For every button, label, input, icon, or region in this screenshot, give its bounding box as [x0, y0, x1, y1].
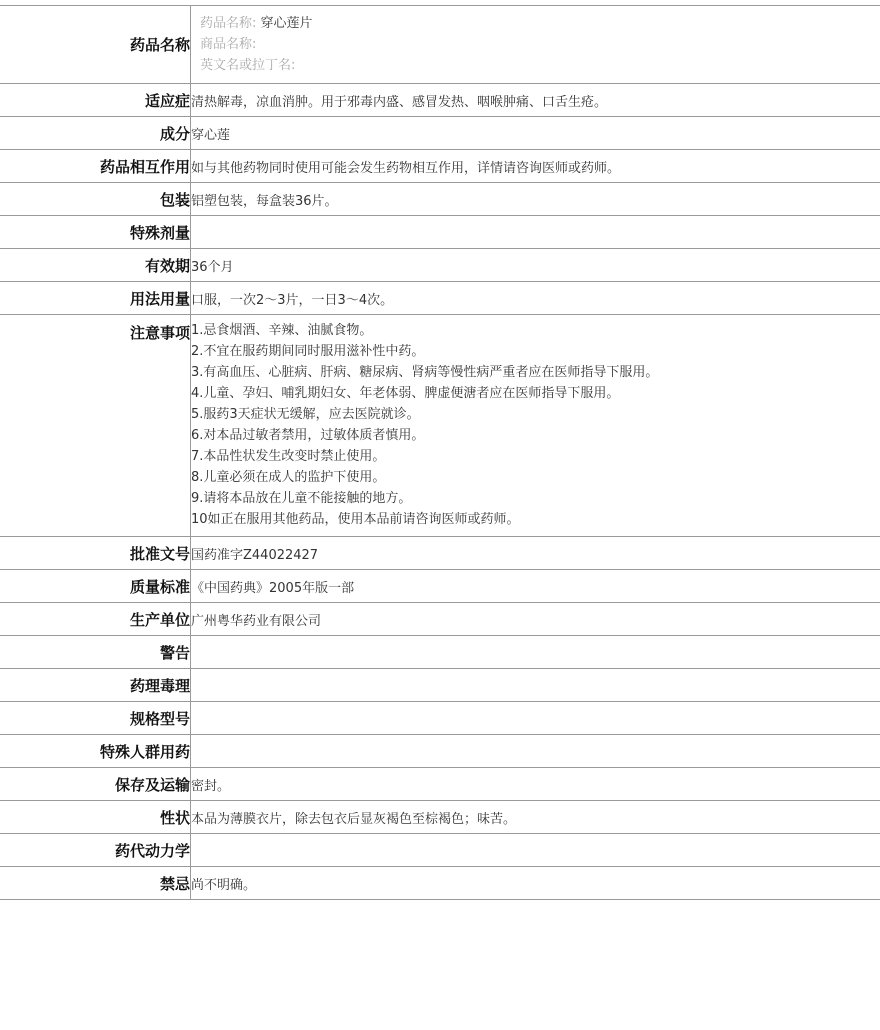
row-label: 特殊剂量	[0, 216, 191, 249]
precautions-list: 1.忌食烟酒、辛辣、油腻食物。 2.不宜在服药期间同时服用滋补性中药。 3.有高…	[191, 315, 880, 537]
row-label: 批准文号	[0, 537, 191, 570]
row-value: 国药准字Z44022427	[191, 537, 880, 570]
row-precautions: 注意事项 1.忌食烟酒、辛辣、油腻食物。 2.不宜在服药期间同时服用滋补性中药。…	[0, 315, 880, 537]
row-value	[191, 636, 880, 669]
row-dosage: 用法用量口服，一次2～3片，一日3～4次。	[0, 282, 880, 315]
precaution-item: 7.本品性状发生改变时禁止使用。	[191, 446, 880, 467]
row-contraindications: 禁忌尚不明确。	[0, 867, 880, 900]
row-value: 广州粤华药业有限公司	[191, 603, 880, 636]
row-value: 如与其他药物同时使用可能会发生药物相互作用，详情请咨询医师或药师。	[191, 150, 880, 183]
row-label: 药理毒理	[0, 669, 191, 702]
row-drug-name: 药品名称 药品名称: 穿心莲片 商品名称: 英文名或拉丁名:	[0, 6, 880, 84]
precaution-item: 5.服药3天症状无缓解，应去医院就诊。	[191, 404, 880, 425]
row-value: 穿心莲	[191, 117, 880, 150]
name-values: 药品名称: 穿心莲片 商品名称: 英文名或拉丁名:	[191, 6, 880, 84]
row-value: 清热解毒，凉血消肿。用于邪毒内盛、感冒发热、咽喉肿痛、口舌生疮。	[191, 84, 880, 117]
row-label: 用法用量	[0, 282, 191, 315]
row-manufacturer: 生产单位广州粤华药业有限公司	[0, 603, 880, 636]
row-warning: 警告	[0, 636, 880, 669]
row-value: 尚不明确。	[191, 867, 880, 900]
precaution-item: 2.不宜在服药期间同时服用滋补性中药。	[191, 341, 880, 362]
row-label: 规格型号	[0, 702, 191, 735]
row-value: 密封。	[191, 768, 880, 801]
drug-name-key: 药品名称:	[200, 16, 256, 31]
row-label: 包装	[0, 183, 191, 216]
row-label: 性状	[0, 801, 191, 834]
english-name-line: 英文名或拉丁名:	[200, 55, 880, 76]
trade-name-line: 商品名称:	[200, 34, 880, 55]
row-pharmacokinetics: 药代动力学	[0, 834, 880, 867]
row-label: 有效期	[0, 249, 191, 282]
english-name-key: 英文名或拉丁名:	[200, 58, 295, 73]
row-label: 生产单位	[0, 603, 191, 636]
row-packaging: 包装铝塑包装，每盒装36片。	[0, 183, 880, 216]
row-label: 药代动力学	[0, 834, 191, 867]
row-label: 特殊人群用药	[0, 735, 191, 768]
row-value	[191, 702, 880, 735]
row-label: 注意事项	[0, 315, 191, 537]
precaution-item: 8.儿童必须在成人的监护下使用。	[191, 467, 880, 488]
row-description: 性状本品为薄膜衣片，除去包衣后显灰褐色至棕褐色；味苦。	[0, 801, 880, 834]
precaution-item: 1.忌食烟酒、辛辣、油腻食物。	[191, 320, 880, 341]
row-value: 口服，一次2～3片，一日3～4次。	[191, 282, 880, 315]
drug-name-line: 药品名称: 穿心莲片	[200, 13, 880, 34]
row-specification: 规格型号	[0, 702, 880, 735]
row-value	[191, 669, 880, 702]
row-approval-number: 批准文号国药准字Z44022427	[0, 537, 880, 570]
row-special-dosage: 特殊剂量	[0, 216, 880, 249]
row-storage-transport: 保存及运输密封。	[0, 768, 880, 801]
row-special-populations: 特殊人群用药	[0, 735, 880, 768]
row-value: 铝塑包装，每盒装36片。	[191, 183, 880, 216]
row-ingredients: 成分穿心莲	[0, 117, 880, 150]
row-label: 保存及运输	[0, 768, 191, 801]
row-label: 警告	[0, 636, 191, 669]
precaution-item: 4.儿童、孕妇、哺乳期妇女、年老体弱、脾虚便溏者应在医师指导下服用。	[191, 383, 880, 404]
row-value	[191, 216, 880, 249]
row-label: 质量标准	[0, 570, 191, 603]
row-label: 适应症	[0, 84, 191, 117]
row-pharmacology-toxicology: 药理毒理	[0, 669, 880, 702]
precaution-item: 10如正在服用其他药品，使用本品前请咨询医师或药师。	[191, 509, 880, 530]
precaution-item: 9.请将本品放在儿童不能接触的地方。	[191, 488, 880, 509]
row-label: 禁忌	[0, 867, 191, 900]
row-value	[191, 834, 880, 867]
precaution-item: 6.对本品过敏者禁用，过敏体质者慎用。	[191, 425, 880, 446]
row-shelf-life: 有效期36个月	[0, 249, 880, 282]
row-label: 药品名称	[0, 6, 191, 84]
row-value	[191, 735, 880, 768]
precaution-item: 3.有高血压、心脏病、肝病、糖尿病、肾病等慢性病严重者应在医师指导下服用。	[191, 362, 880, 383]
row-indications: 适应症清热解毒，凉血消肿。用于邪毒内盛、感冒发热、咽喉肿痛、口舌生疮。	[0, 84, 880, 117]
row-value: 本品为薄膜衣片，除去包衣后显灰褐色至棕褐色；味苦。	[191, 801, 880, 834]
trade-name-key: 商品名称:	[200, 37, 256, 52]
row-value: 36个月	[191, 249, 880, 282]
row-label: 药品相互作用	[0, 150, 191, 183]
drug-spec-table: 药品名称 药品名称: 穿心莲片 商品名称: 英文名或拉丁名: 适应症清热解毒，凉…	[0, 5, 880, 900]
row-drug-interactions: 药品相互作用如与其他药物同时使用可能会发生药物相互作用，详情请咨询医师或药师。	[0, 150, 880, 183]
row-value: 《中国药典》2005年版一部	[191, 570, 880, 603]
row-quality-standard: 质量标准《中国药典》2005年版一部	[0, 570, 880, 603]
drug-name-value: 穿心莲片	[261, 16, 313, 31]
row-label: 成分	[0, 117, 191, 150]
